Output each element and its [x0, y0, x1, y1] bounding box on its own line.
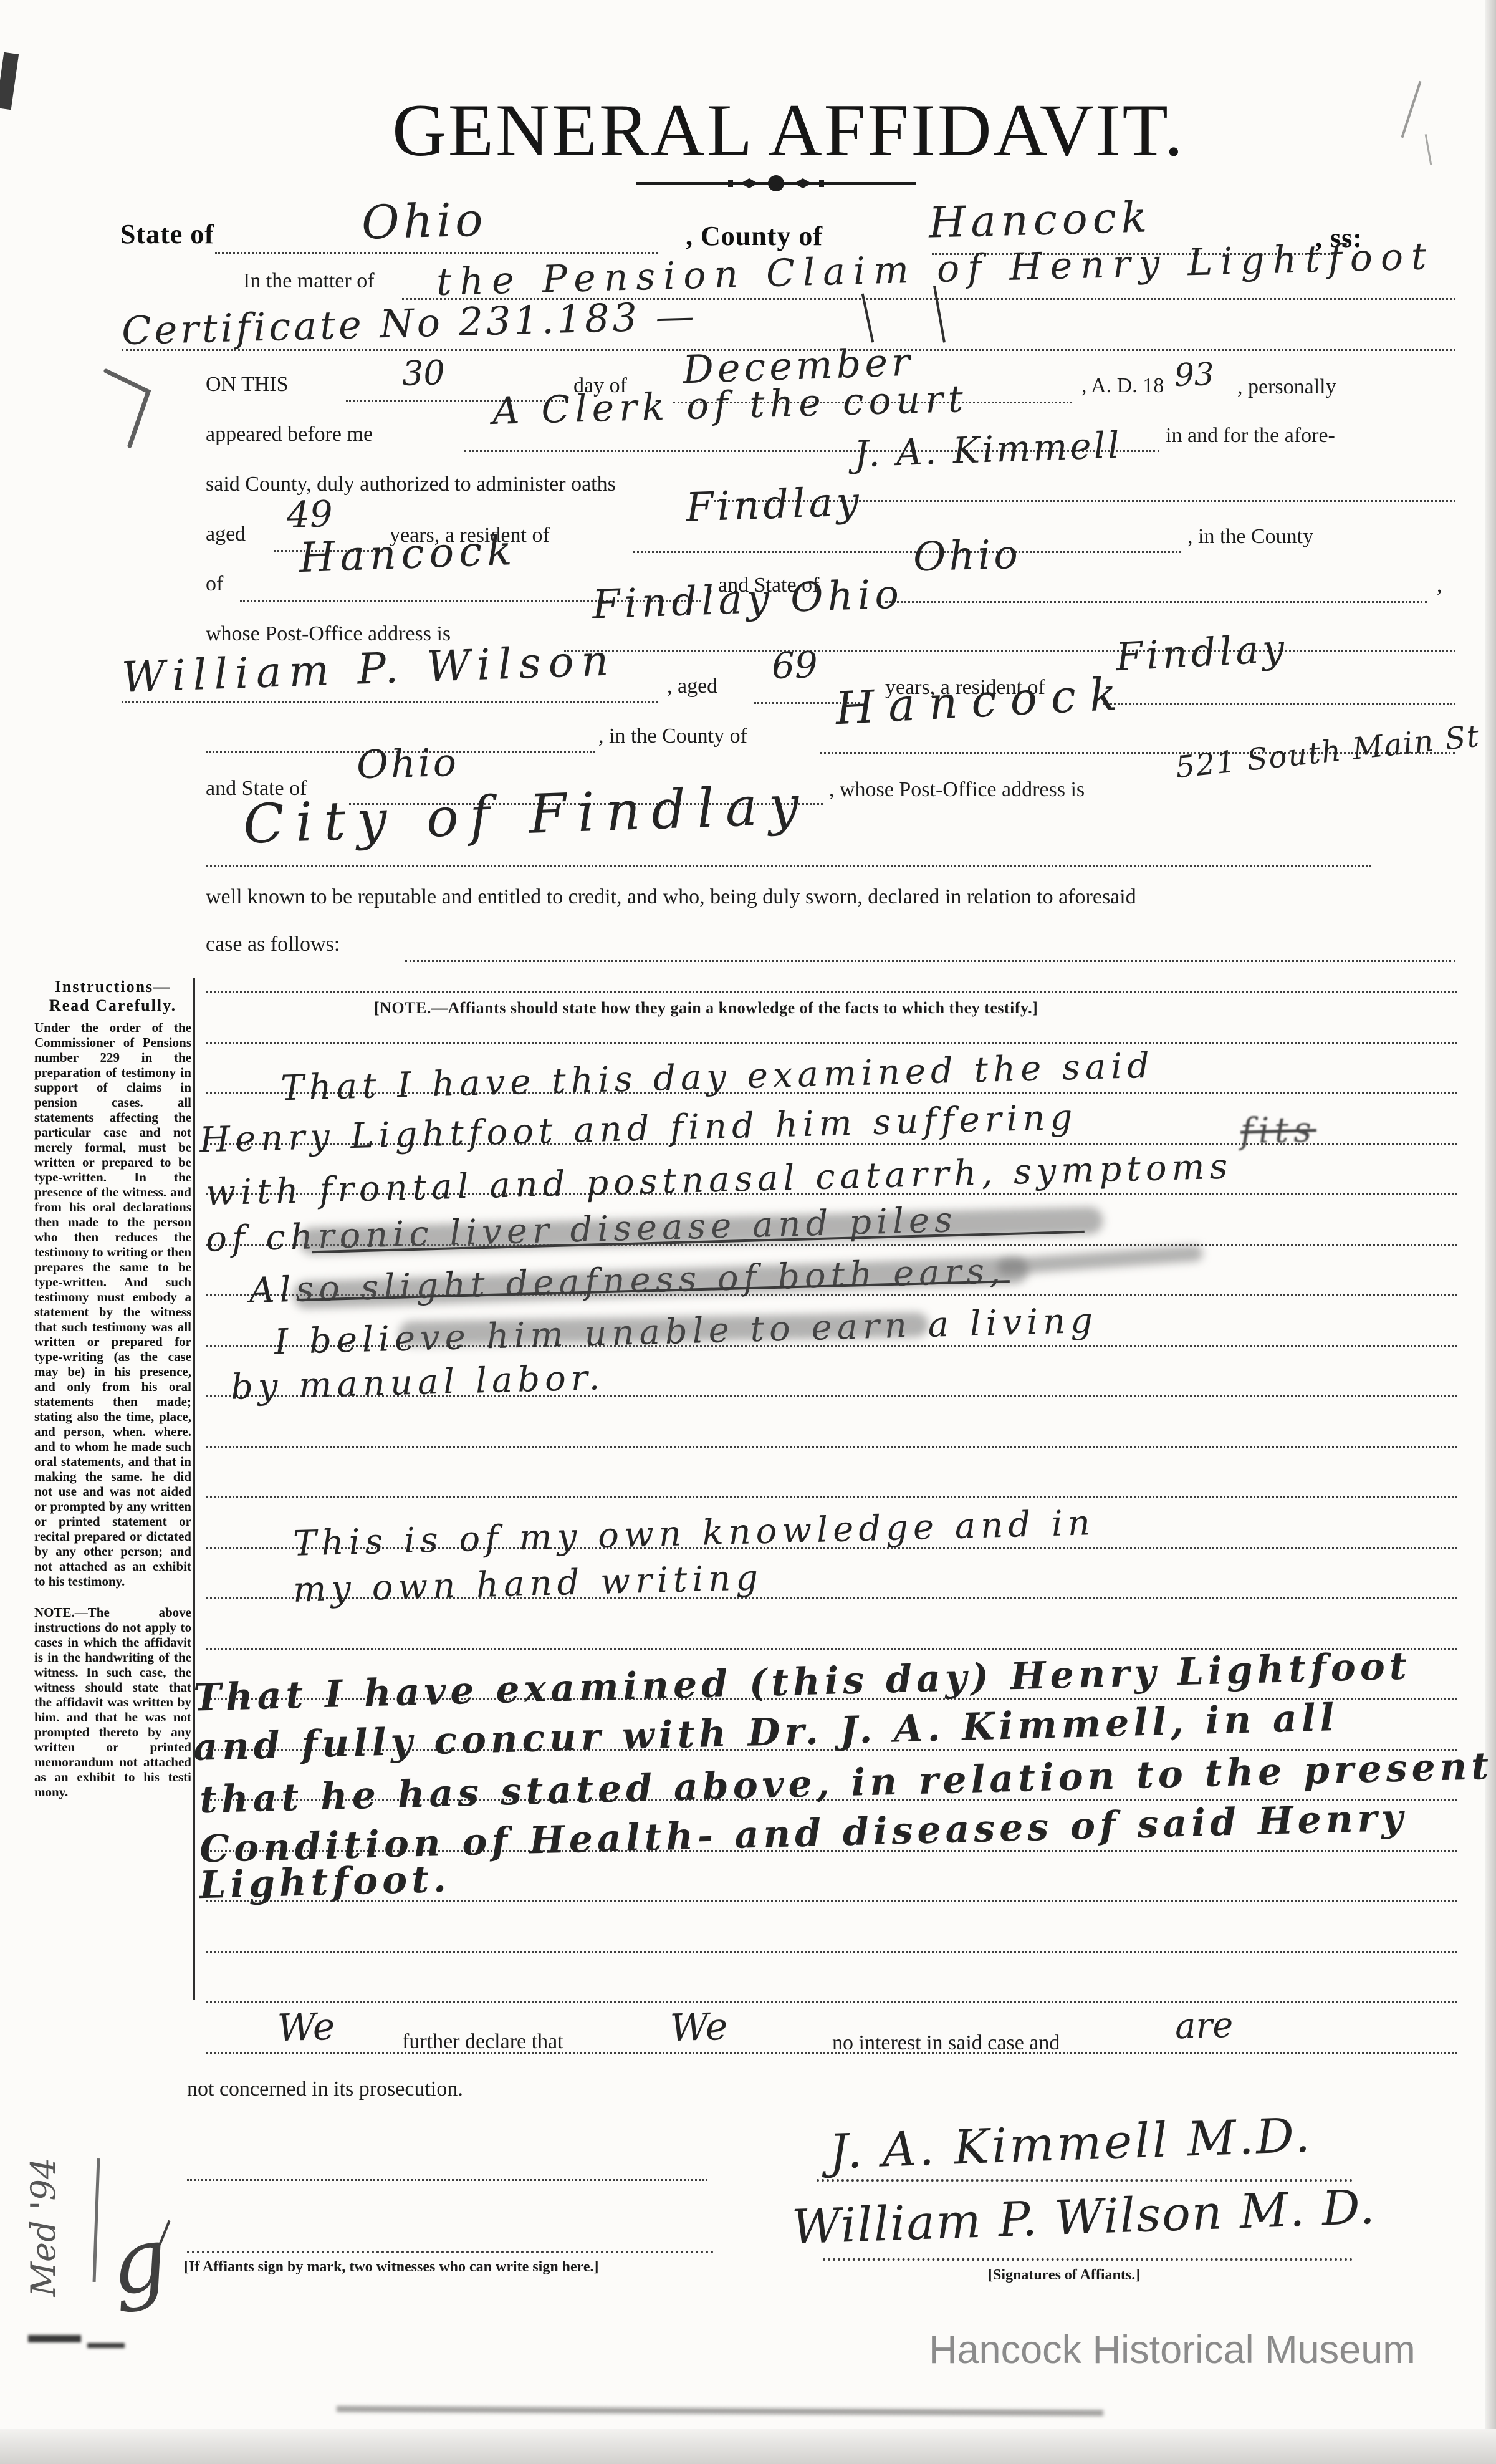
we1-value: We — [277, 2008, 335, 2047]
instructions-heading-2: Read Carefully. — [34, 996, 191, 1015]
ruled-line — [206, 2052, 1457, 2054]
county2-value: Hancock — [299, 530, 517, 579]
instructions-paragraph: Under the order of the Commissioner of P… — [34, 1020, 191, 1589]
said-county-label: said County, duly authorized to administ… — [206, 473, 616, 496]
body-line: my own hand writing — [292, 1561, 763, 1608]
county3-value: Hancock — [834, 671, 1131, 731]
dotted-line — [206, 865, 1371, 867]
further-declare-label: further declare that — [402, 2030, 563, 2054]
ruled-line — [206, 1496, 1457, 1498]
witness-sign-line — [187, 2251, 714, 2253]
pen-stroke — [933, 286, 946, 342]
watermark: Hancock Historical Museum — [929, 2327, 1416, 2372]
officer-value: J. A. Kimmell — [853, 427, 1122, 473]
case-follows-label: case as follows: — [206, 933, 340, 956]
po-label: whose Post-Office address is — [206, 622, 451, 646]
trailing-comma: , — [1437, 574, 1442, 597]
body-line: with frontal and postnasal catarrh, symp… — [206, 1149, 1233, 1211]
affidavit-page: GENERAL AFFIDAVIT. State of Ohio , Count… — [0, 0, 1496, 2464]
appeared-label: appeared before me — [206, 423, 373, 446]
residence2-value: Findlay — [1115, 629, 1289, 676]
ruled-line — [206, 1446, 1457, 1448]
scan-smudge-bottom-left-2 — [87, 2343, 125, 2348]
dotted-line — [564, 650, 1455, 652]
instructions-note-paragraph: NOTE.—The above instructions do not appl… — [34, 1605, 191, 1799]
pencil-check-mark-icon — [100, 355, 168, 455]
po2-value: 521 South Main St — [1174, 721, 1482, 782]
pen-stroke — [861, 293, 875, 342]
signature-affiant-1: J. A. Kimmell M.D. — [828, 2111, 1313, 2175]
affiant2-name: William P. Wilson — [121, 640, 616, 700]
struck-word: fits — [1240, 1112, 1316, 1149]
state-value: Ohio — [361, 196, 487, 246]
certificate-value: Certificate No 231.183 — — [121, 297, 698, 350]
state2-value: Ohio — [913, 535, 1021, 577]
county-value: Hancock — [928, 196, 1153, 244]
body-note: [NOTE.—Affiants should state how they ga… — [374, 999, 1038, 1018]
aged2-value: 69 — [771, 647, 818, 684]
ruled-line — [206, 991, 1457, 993]
well-known-label: well known to be reputable and entitled … — [206, 885, 1136, 909]
aged-value: 49 — [286, 496, 333, 533]
signature-affiant-2: William P. Wilson M. D. — [791, 2183, 1376, 2251]
witness-sign-line — [187, 2179, 707, 2181]
scan-streak — [337, 2406, 1103, 2416]
dotted-line — [1103, 703, 1455, 705]
scan-edge-bottom — [0, 2429, 1496, 2464]
affiants-caption: [Signatures of Affiants.] — [988, 2267, 1140, 2284]
we2-value: We — [669, 2008, 728, 2047]
no-interest-label: no interest in said case and — [832, 2031, 1060, 2055]
matter-label: In the matter of — [243, 269, 375, 293]
ruled-line — [206, 2001, 1457, 2003]
body-line: That I have this day examined the said — [280, 1049, 1155, 1107]
in-and-for-label: in and for the afore- — [1166, 424, 1335, 448]
aged2-label: , aged — [667, 675, 717, 698]
in-the-county-label: , in the County — [1187, 525, 1313, 549]
witness-caption: [If Affiants sign by mark, two witnesses… — [184, 2259, 599, 2276]
column-divider-line — [193, 978, 195, 2000]
ruled-line — [206, 1042, 1457, 1044]
instructions-heading-1: Instructions— — [34, 978, 191, 996]
instructions-sidebar: Instructions— Read Carefully. Under the … — [34, 978, 191, 1816]
po2-label: , whose Post-Office address is — [829, 778, 1085, 802]
body-line: Lightfoot. — [199, 1860, 451, 1905]
pencil-mark-top-right — [1401, 81, 1421, 138]
appeared-value: A Clerk of the court — [492, 380, 968, 430]
personally-label: , personally — [1237, 375, 1336, 399]
pencil-vertical-line — [93, 2158, 100, 2282]
county-of-label: , County of — [686, 220, 823, 252]
in-county-of-label: , in the County of — [598, 724, 747, 748]
residence-value: Findlay — [685, 482, 863, 528]
on-this-label: ON THIS — [206, 373, 289, 397]
day-value: 30 — [401, 356, 445, 391]
city-value: City of Findlay — [242, 778, 811, 852]
signature-line — [817, 2179, 1353, 2182]
year-value: 93 — [1174, 359, 1214, 391]
of-label: of — [206, 572, 223, 596]
body-line: This is of my own knowledge and in — [292, 1506, 1095, 1562]
dotted-line — [405, 960, 1455, 962]
ruled-line — [206, 1951, 1457, 1953]
page-title: GENERAL AFFIDAVIT. — [293, 87, 1284, 173]
dotted-line — [885, 601, 1427, 603]
scan-smudge-top-left — [0, 52, 19, 110]
signature-line — [823, 2258, 1353, 2261]
dotted-line — [633, 551, 1181, 553]
aged-label: aged — [206, 522, 246, 546]
dotted-line — [122, 701, 658, 703]
ink-smear — [997, 1245, 1203, 1276]
body-line: Henry Lightfoot and find him suffering — [199, 1100, 1078, 1158]
not-concerned-label: not concerned in its prosecution. — [187, 2077, 463, 2101]
ad-label: , A. D. 18 — [1081, 374, 1164, 398]
state3-value: Ohio — [356, 743, 459, 784]
dotted-line — [215, 252, 658, 254]
body-line: by manual labor. — [230, 1360, 605, 1405]
scan-edge-right — [1485, 0, 1496, 2464]
po-value: Findlay Ohio — [592, 574, 904, 625]
are-value: are — [1174, 2008, 1234, 2044]
margin-note-g: g — [105, 2215, 173, 2309]
margin-note-med94: Med '94 — [27, 2109, 60, 2346]
state-of-label: State of — [120, 218, 214, 250]
ornament-divider-icon — [636, 170, 916, 197]
pencil-mark-top-right-2 — [1425, 134, 1432, 165]
